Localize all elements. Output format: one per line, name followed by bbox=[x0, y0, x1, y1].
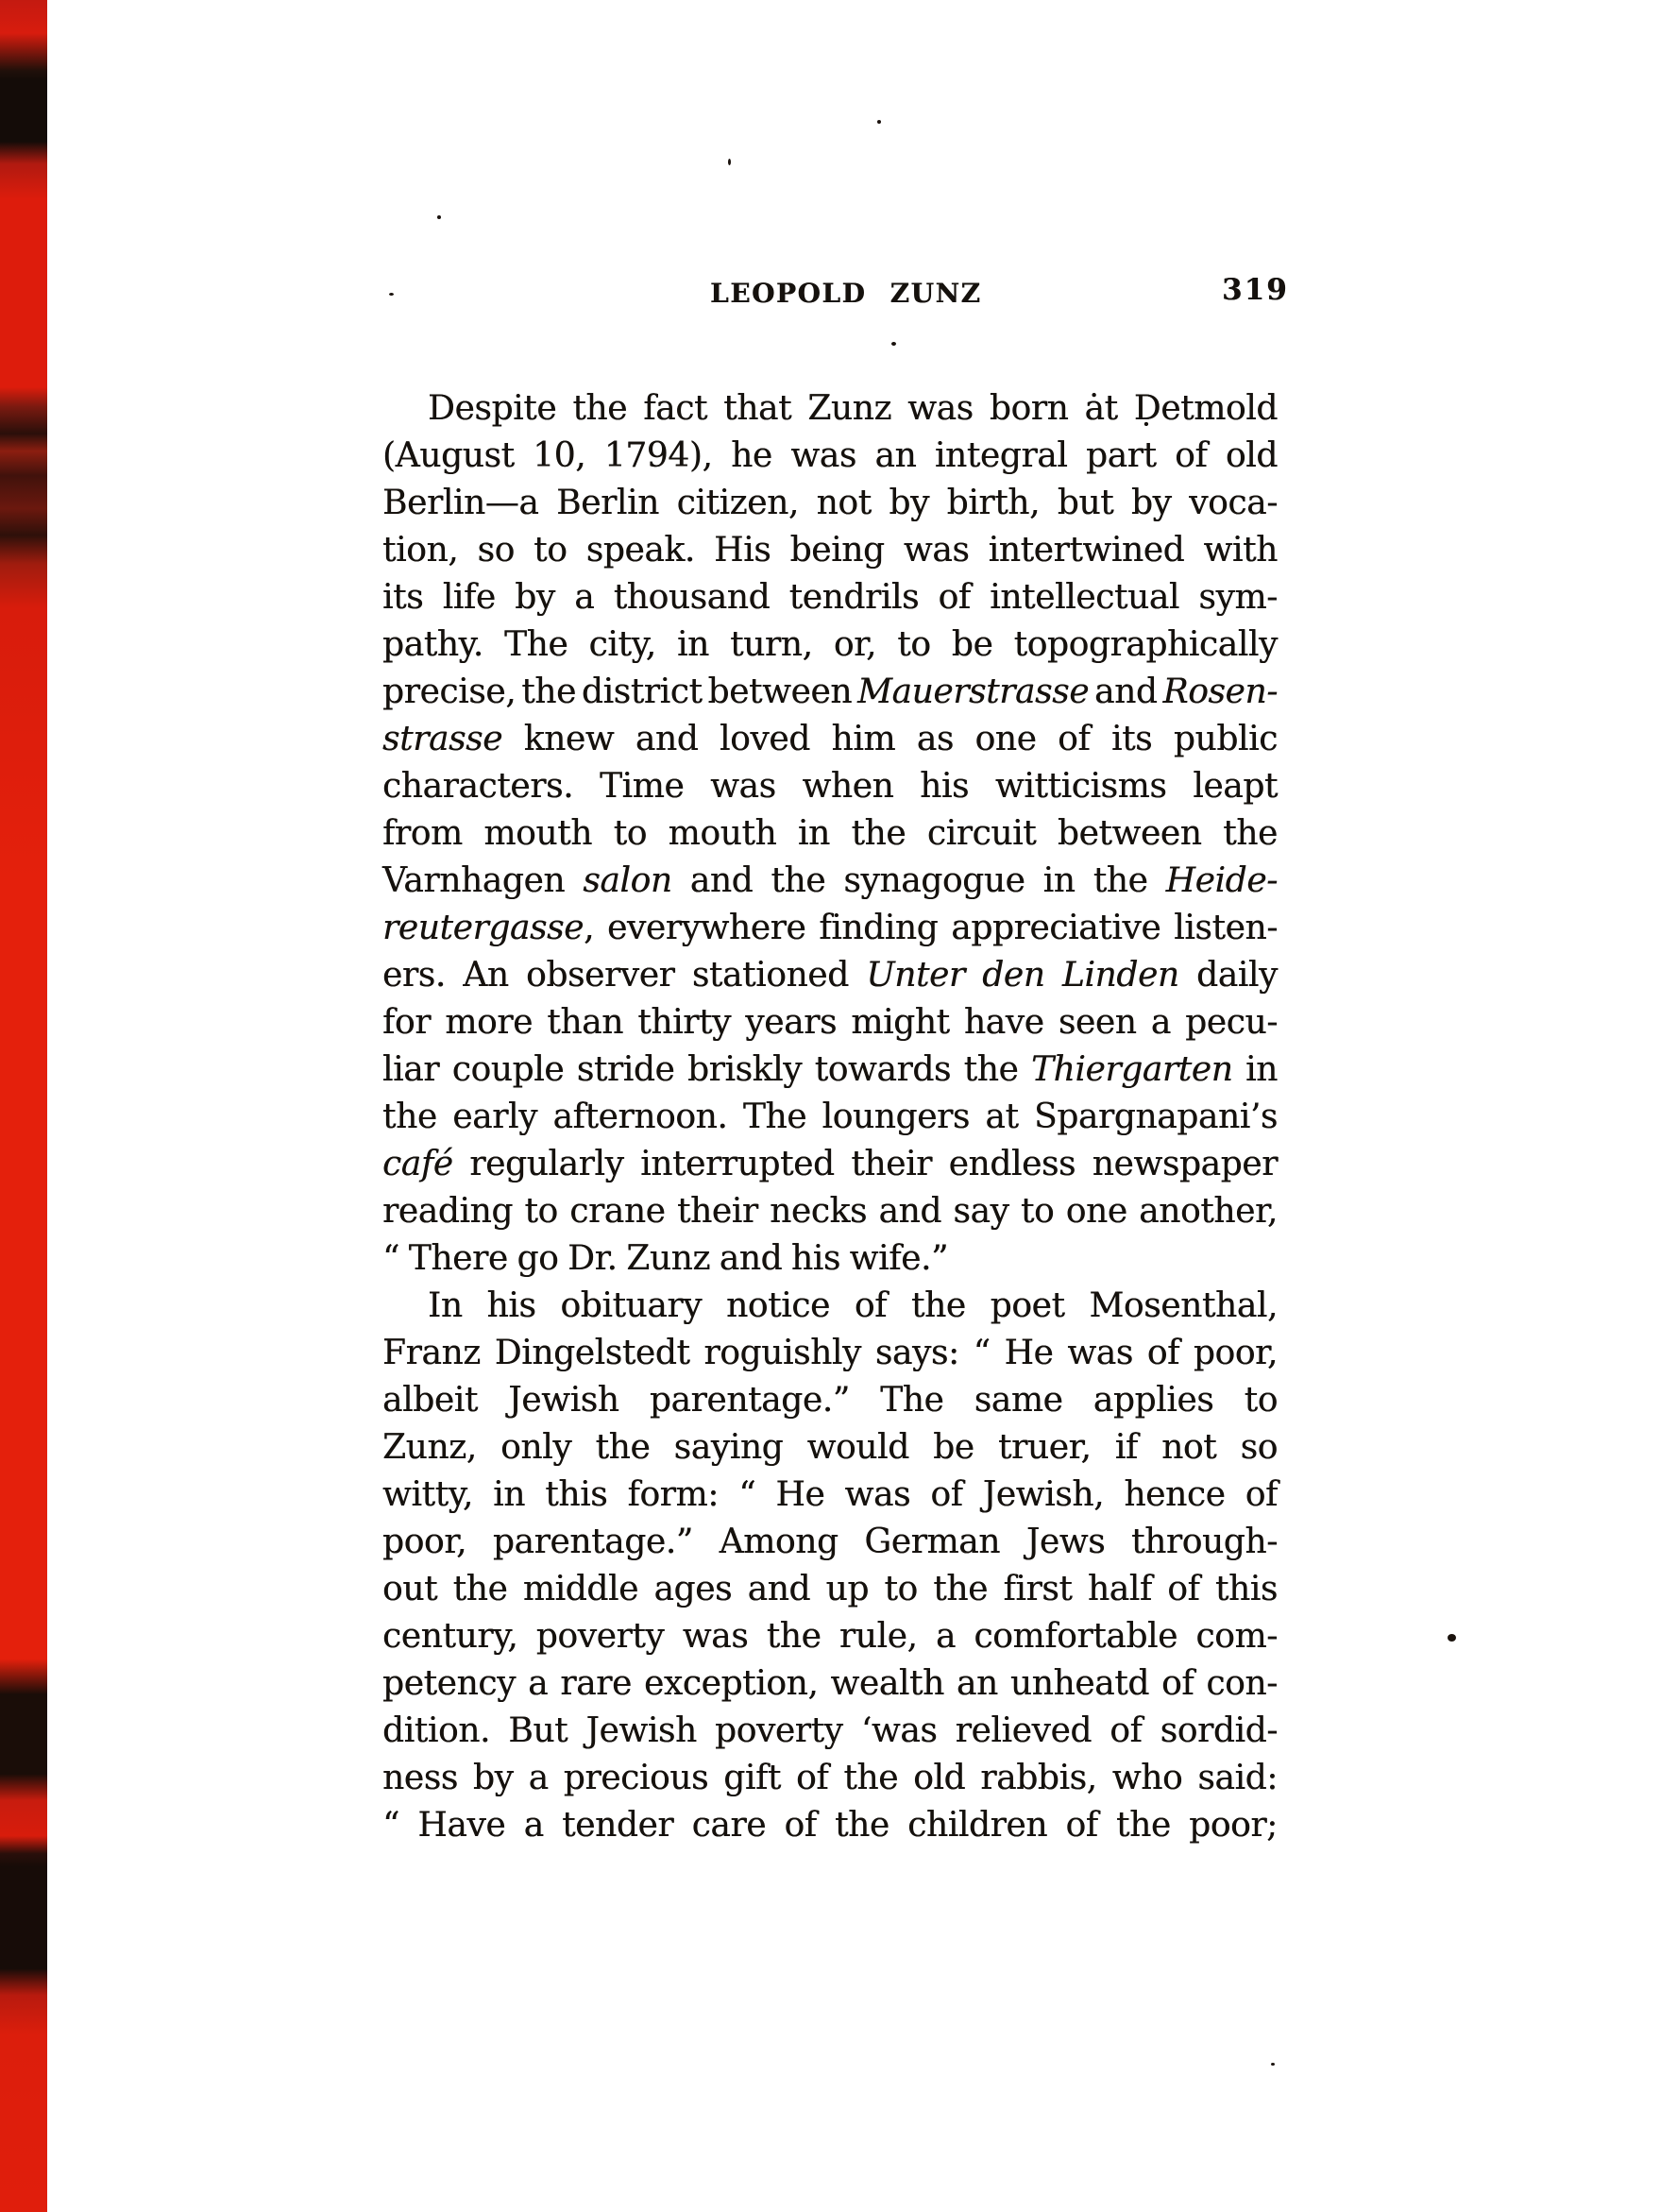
text-line: nessbyapreciousgiftoftheoldrabbis,whosai… bbox=[382, 1755, 1278, 1802]
text-line: “TheregoDr.Zunzandhiswife.” bbox=[382, 1235, 1278, 1283]
text-line: readingtocranetheirnecksandsaytooneanoth… bbox=[382, 1188, 1278, 1235]
text-line: strasseknewandlovedhimasoneofitspublic bbox=[382, 716, 1278, 763]
page-number: 319 bbox=[1222, 276, 1289, 305]
red-book-edge-bar bbox=[0, 0, 47, 2212]
text-line: pathy.Thecity,inturn,or,tobetopographica… bbox=[382, 621, 1278, 669]
text-line: (August10,1794),hewasanintegralpartofold bbox=[382, 433, 1278, 480]
text-line: DespitethefactthatZunzwasbornȧtḌetmold bbox=[382, 385, 1278, 433]
body-text-block: DespitethefactthatZunzwasbornȧtḌetmold(A… bbox=[382, 385, 1278, 1849]
text-line: petencyarareexception,wealthanunheatdofc… bbox=[382, 1660, 1278, 1708]
ink-speck bbox=[891, 342, 896, 346]
text-line: FranzDingelstedtroguishlysays:“Hewasofpo… bbox=[382, 1330, 1278, 1377]
paragraph: InhisobituarynoticeofthepoetMosenthal,Fr… bbox=[382, 1283, 1278, 1849]
text-line: tion,sotospeak.Hisbeingwasintertwinedwit… bbox=[382, 527, 1278, 574]
ink-speck bbox=[728, 159, 731, 165]
ink-speck bbox=[1271, 2063, 1275, 2066]
text-line: theearlyafternoon.TheloungersatSpargnapa… bbox=[382, 1094, 1278, 1141]
text-line: liarcouplestridebrisklytowardstheThierga… bbox=[382, 1046, 1278, 1094]
text-line: albeitJewishparentage.”Thesameappliesto bbox=[382, 1377, 1278, 1424]
text-line: VarnhagensalonandthesynagogueintheHeide- bbox=[382, 858, 1278, 905]
text-line: century,povertywastherule,acomfortableco… bbox=[382, 1613, 1278, 1660]
text-line: reutergasse,everywherefindingappreciativ… bbox=[382, 905, 1278, 952]
ink-speck bbox=[877, 120, 881, 124]
text-line: poor,parentage.”AmongGermanJewsthrough- bbox=[382, 1519, 1278, 1566]
book-page-scan: LEOPOLD ZUNZ 319 DespitethefactthatZunzw… bbox=[0, 0, 1660, 2212]
ink-speck bbox=[1448, 1634, 1456, 1642]
text-line: itslifebyathousandtendrilsofintellectual… bbox=[382, 574, 1278, 621]
text-line: witty,inthisform:“HewasofJewish,henceof bbox=[382, 1472, 1278, 1519]
text-line: dition.ButJewishpoverty‘wasrelievedofsor… bbox=[382, 1708, 1278, 1755]
text-line: InhisobituarynoticeofthepoetMosenthal, bbox=[382, 1283, 1278, 1330]
text-line: ers.AnobserverstationedUnterdenLindendai… bbox=[382, 952, 1278, 999]
text-line: formorethanthirtyyearsmighthaveseenapecu… bbox=[382, 999, 1278, 1046]
text-line: outthemiddleagesanduptothefirsthalfofthi… bbox=[382, 1566, 1278, 1613]
paragraph: DespitethefactthatZunzwasbornȧtḌetmold(A… bbox=[382, 385, 1278, 1283]
text-line: “Haveatendercareofthechildrenofthepoor; bbox=[382, 1802, 1278, 1849]
ink-speck bbox=[437, 215, 441, 219]
text-line: caféregularlyinterruptedtheirendlessnews… bbox=[382, 1141, 1278, 1188]
text-line: precise,thedistrictbetweenMauerstrassean… bbox=[382, 669, 1278, 716]
ink-speck bbox=[389, 293, 394, 296]
text-line: frommouthtomouthinthecircuitbetweenthe bbox=[382, 810, 1278, 858]
text-line: Zunz,onlythesayingwouldbetruer,ifnotso bbox=[382, 1424, 1278, 1472]
running-header-title: LEOPOLD ZUNZ bbox=[710, 281, 981, 307]
text-line: Berlin—aBerlincitizen,notbybirth,butbyvo… bbox=[382, 480, 1278, 527]
text-line: characters.Timewaswhenhiswitticismsleapt bbox=[382, 763, 1278, 810]
